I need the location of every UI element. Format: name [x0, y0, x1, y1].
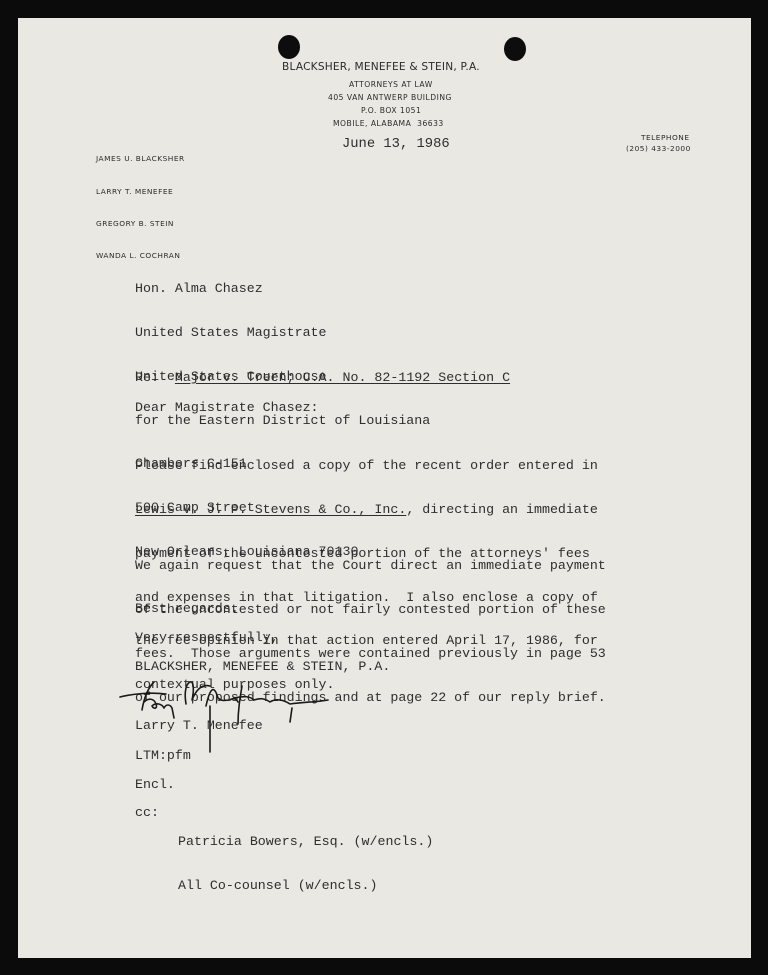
re-subject: Major v. Treen; C.A. No. 82-1192 Section… [175, 370, 510, 385]
re-label: Re: [135, 370, 159, 385]
cc-recipient: Patricia Bowers, Esq. (w/encls.) [178, 835, 433, 850]
cc-label: cc: [135, 805, 159, 820]
telephone-label: TELEPHONE [641, 133, 690, 144]
cc-block: cc: [135, 806, 159, 821]
letter-page: BLACKSHER, MENEFEE & STEIN, P.A. ATTORNE… [18, 18, 751, 958]
paragraph-line: We again request that the Court direct a… [135, 559, 606, 574]
letter-date: June 13, 1986 [342, 137, 450, 152]
telephone-number: (205) 433-2000 [626, 144, 691, 155]
partner-name: JAMES U. BLACKSHER [96, 154, 185, 165]
recipient-line: Hon. Alma Chasez [135, 282, 430, 297]
recipient-line: for the Eastern District of Louisiana [135, 414, 430, 429]
recipient-line: United States Magistrate [135, 326, 430, 341]
closing-firm-name: BLACKSHER, MENEFEE & STEIN, P.A. [135, 659, 390, 674]
punch-hole-left [278, 35, 300, 59]
letterhead-firm-name: BLACKSHER, MENEFEE & STEIN, P.A. [282, 61, 480, 73]
signer-name: Larry T. Menefee [135, 718, 263, 733]
cc-recipient: All Co-counsel (w/encls.) [178, 879, 433, 894]
salutation: Dear Magistrate Chasez: [135, 400, 319, 415]
re-line: Re: Major v. Treen; C.A. No. 82-1192 Sec… [135, 370, 510, 385]
partner-name: LARRY T. MENEFEE [96, 187, 185, 198]
partner-name: GREGORY B. STEIN [96, 219, 185, 230]
letterhead-address-line: P.O. BOX 1051 [361, 106, 421, 115]
punch-hole-right [504, 37, 526, 61]
cc-list: Patricia Bowers, Esq. (w/encls.) All Co-… [178, 806, 433, 923]
case-citation: Lewis v. J. P. Stevens & Co., Inc. [135, 502, 406, 517]
enclosure-notation: Encl. [135, 777, 175, 792]
typist-initials: LTM:pfm [135, 748, 191, 763]
letterhead-address-line: 405 VAN ANTWERP BUILDING [328, 93, 452, 102]
paragraph-line: Please find enclosed a copy of the recen… [135, 459, 598, 474]
paragraph-line: Lewis v. J. P. Stevens & Co., Inc., dire… [135, 503, 598, 518]
letterhead-subtitle: ATTORNEYS AT LAW [349, 80, 433, 89]
closing-regards: Best regards. [135, 601, 239, 616]
letterhead-address-line: MOBILE, ALABAMA 36633 [333, 119, 444, 128]
complimentary-close: Very respectfully, [135, 630, 279, 645]
